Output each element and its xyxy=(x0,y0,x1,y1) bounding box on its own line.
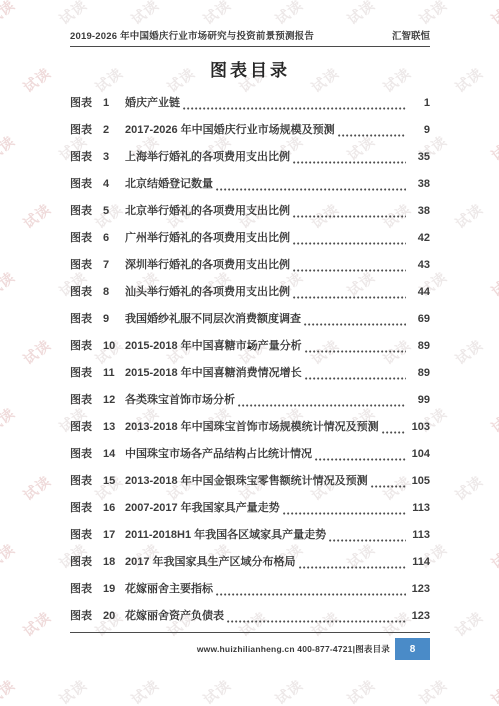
toc-entry: 图表 6 广州举行婚礼的各项费用支出比例 42 xyxy=(70,225,430,252)
toc-entry-number: 1 xyxy=(101,90,125,117)
toc-list: 图表 1 婚庆产业链 1 图表 2 2017-2026 年中国婚庆行业市场规模及… xyxy=(70,90,430,630)
toc-entry-label: 图表 xyxy=(70,495,101,522)
dot-leader xyxy=(293,160,406,165)
dot-leader xyxy=(293,214,406,219)
preview-watermark: 试读 xyxy=(487,131,499,165)
preview-watermark: 试读 xyxy=(19,199,55,233)
toc-entry-title: 2017-2026 年中国婚庆行业市场规模及预测 xyxy=(125,117,335,144)
toc-entry-title: 北京举行婚礼的各项费用支出比例 xyxy=(125,198,290,225)
page-title: 图表目录 xyxy=(70,60,430,82)
toc-entry-label: 图表 xyxy=(70,576,101,603)
toc-entry-number: 4 xyxy=(101,171,125,198)
toc-entry-title: 上海举行婚礼的各项费用支出比例 xyxy=(125,144,290,171)
preview-watermark: 试读 xyxy=(451,335,487,369)
toc-entry-label: 图表 xyxy=(70,171,101,198)
toc-entry: 图表 9 我国婚纱礼服不同层次消费额度调查 69 xyxy=(70,306,430,333)
preview-watermark: 试读 xyxy=(487,267,499,301)
toc-entry-title: 2017 年我国家具生产区域分布格局 xyxy=(125,549,296,576)
toc-entry-label: 图表 xyxy=(70,279,101,306)
toc-entry-label: 图表 xyxy=(70,252,101,279)
toc-entry-page: 9 xyxy=(408,117,430,144)
toc-entry-title: 婚庆产业链 xyxy=(125,90,180,117)
toc-entry-title: 深圳举行婚礼的各项费用支出比例 xyxy=(125,252,290,279)
toc-entry-label: 图表 xyxy=(70,225,101,252)
dot-leader xyxy=(183,106,406,111)
dot-leader xyxy=(299,565,406,570)
dot-leader xyxy=(305,349,406,354)
footer-page-number-badge: 8 xyxy=(395,638,430,660)
preview-watermark: 试读 xyxy=(451,607,487,641)
toc-entry-page: 105 xyxy=(408,468,430,495)
preview-watermark: 试读 xyxy=(0,675,19,706)
toc-entry-page: 104 xyxy=(408,441,430,468)
toc-entry: 图表 4 北京结婚登记数量 38 xyxy=(70,171,430,198)
toc-entry-label: 图表 xyxy=(70,549,101,576)
dot-leader xyxy=(216,592,406,597)
dot-leader xyxy=(304,322,406,327)
toc-entry-label: 图表 xyxy=(70,117,101,144)
toc-entry-number: 12 xyxy=(101,387,125,414)
toc-entry: 图表 5 北京举行婚礼的各项费用支出比例 38 xyxy=(70,198,430,225)
preview-watermark: 试读 xyxy=(19,471,55,505)
toc-entry-number: 5 xyxy=(101,198,125,225)
toc-entry-label: 图表 xyxy=(70,198,101,225)
toc-entry: 图表 20 花嫁丽舍资产负债表 123 xyxy=(70,603,430,630)
preview-watermark: 试读 xyxy=(343,675,379,706)
dot-leader xyxy=(216,187,406,192)
toc-entry-label: 图表 xyxy=(70,90,101,117)
toc-entry-label: 图表 xyxy=(70,360,101,387)
toc-entry-page: 43 xyxy=(408,252,430,279)
preview-watermark: 试读 xyxy=(451,199,487,233)
preview-watermark: 试读 xyxy=(0,0,19,29)
toc-entry-page: 123 xyxy=(408,576,430,603)
toc-entry-title: 广州举行婚礼的各项费用支出比例 xyxy=(125,225,290,252)
toc-entry-page: 123 xyxy=(408,603,430,630)
toc-entry-label: 图表 xyxy=(70,468,101,495)
toc-entry-title: 北京结婚登记数量 xyxy=(125,171,213,198)
toc-entry: 图表 2 2017-2026 年中国婚庆行业市场规模及预测 9 xyxy=(70,117,430,144)
toc-entry-number: 16 xyxy=(101,495,125,522)
toc-entry-label: 图表 xyxy=(70,144,101,171)
preview-watermark: 试读 xyxy=(19,63,55,97)
toc-entry-title: 汕头举行婚礼的各项费用支出比例 xyxy=(125,279,290,306)
toc-entry: 图表 13 2013-2018 年中国珠宝首饰市场规模统计情况及预测 103 xyxy=(70,414,430,441)
document-page: 试读试读试读试读试读试读试读试读试读试读试读试读试读试读试读试读试读试读试读试读… xyxy=(0,0,499,706)
preview-watermark: 试读 xyxy=(0,131,19,165)
preview-watermark: 试读 xyxy=(415,675,451,706)
toc-entry-page: 114 xyxy=(408,549,430,576)
toc-entry-title: 2011-2018H1 年我国各区域家具产量走势 xyxy=(125,522,326,549)
preview-watermark: 试读 xyxy=(271,675,307,706)
preview-watermark: 试读 xyxy=(451,63,487,97)
toc-entry-title: 2015-2018 年中国喜糖消费情况增长 xyxy=(125,360,302,387)
toc-entry-page: 89 xyxy=(408,360,430,387)
page-header: 2019-2026 年中国婚庆行业市场研究与投资前景预测报告 汇智联恒 xyxy=(70,0,430,47)
toc-entry-label: 图表 xyxy=(70,387,101,414)
preview-watermark: 试读 xyxy=(199,675,235,706)
toc-entry-title: 我国婚纱礼服不同层次消费额度调查 xyxy=(125,306,301,333)
preview-watermark: 试读 xyxy=(487,539,499,573)
toc-entry-number: 6 xyxy=(101,225,125,252)
preview-watermark: 试读 xyxy=(487,0,499,29)
toc-entry-number: 13 xyxy=(101,414,125,441)
toc-entry-title: 各类珠宝首饰市场分析 xyxy=(125,387,235,414)
toc-entry: 图表 8 汕头举行婚礼的各项费用支出比例 44 xyxy=(70,279,430,306)
toc-entry-number: 7 xyxy=(101,252,125,279)
toc-entry-number: 8 xyxy=(101,279,125,306)
dot-leader xyxy=(329,538,406,543)
toc-entry-number: 17 xyxy=(101,522,125,549)
toc-entry-label: 图表 xyxy=(70,522,101,549)
header-brand: 汇智联恒 xyxy=(392,28,430,42)
toc-entry: 图表 18 2017 年我国家具生产区域分布格局 114 xyxy=(70,549,430,576)
toc-entry-label: 图表 xyxy=(70,441,101,468)
preview-watermark: 试读 xyxy=(127,675,163,706)
preview-watermark: 试读 xyxy=(451,471,487,505)
toc-entry-page: 44 xyxy=(408,279,430,306)
toc-entry-page: 99 xyxy=(408,387,430,414)
header-report-title: 2019-2026 年中国婚庆行业市场研究与投资前景预测报告 xyxy=(70,28,314,42)
toc-entry-title: 2007-2017 年我国家具产量走势 xyxy=(125,495,280,522)
toc-entry-number: 18 xyxy=(101,549,125,576)
toc-entry-title: 2015-2018 年中国喜糖市场产量分析 xyxy=(125,333,302,360)
toc-entry-number: 15 xyxy=(101,468,125,495)
footer-contact-text: www.huizhilianheng.cn 400-877-4721|图表目录 xyxy=(197,643,390,655)
toc-entry-page: 38 xyxy=(408,171,430,198)
dot-leader xyxy=(293,241,406,246)
toc-entry: 图表 12 各类珠宝首饰市场分析 99 xyxy=(70,387,430,414)
dot-leader xyxy=(227,619,406,624)
toc-entry-page: 113 xyxy=(408,495,430,522)
toc-entry-page: 69 xyxy=(408,306,430,333)
toc-entry-title: 2013-2018 年中国金银珠宝零售额统计情况及预测 xyxy=(125,468,368,495)
preview-watermark: 试读 xyxy=(487,403,499,437)
toc-entry-title: 2013-2018 年中国珠宝首饰市场规模统计情况及预测 xyxy=(125,414,379,441)
toc-entry: 图表 3 上海举行婚礼的各项费用支出比例 35 xyxy=(70,144,430,171)
toc-entry-page: 1 xyxy=(408,90,430,117)
preview-watermark: 试读 xyxy=(0,403,19,437)
dot-leader xyxy=(293,295,406,300)
toc-entry-label: 图表 xyxy=(70,333,101,360)
dot-leader xyxy=(338,133,406,138)
toc-entry: 图表 19 花嫁丽舍主要指标 123 xyxy=(70,576,430,603)
toc-entry: 图表 11 2015-2018 年中国喜糖消费情况增长 89 xyxy=(70,360,430,387)
toc-entry-title: 中国珠宝市场各产品结构占比统计情况 xyxy=(125,441,312,468)
toc-entry: 图表 7 深圳举行婚礼的各项费用支出比例 43 xyxy=(70,252,430,279)
toc-entry-number: 19 xyxy=(101,576,125,603)
dot-leader xyxy=(371,484,406,489)
preview-watermark: 试读 xyxy=(19,335,55,369)
stray-dot-artifact xyxy=(248,346,251,349)
preview-watermark: 试读 xyxy=(0,539,19,573)
toc-entry-label: 图表 xyxy=(70,306,101,333)
toc-entry-number: 10 xyxy=(101,333,125,360)
toc-entry-title: 花嫁丽舍主要指标 xyxy=(125,576,213,603)
page-footer: www.huizhilianheng.cn 400-877-4721|图表目录 … xyxy=(70,632,430,660)
preview-watermark: 试读 xyxy=(0,267,19,301)
dot-leader xyxy=(238,403,406,408)
toc-entry-number: 14 xyxy=(101,441,125,468)
dot-leader xyxy=(382,430,406,435)
toc-entry-label: 图表 xyxy=(70,414,101,441)
toc-entry-number: 20 xyxy=(101,603,125,630)
preview-watermark: 试读 xyxy=(487,675,499,706)
toc-entry-number: 2 xyxy=(101,117,125,144)
preview-watermark: 试读 xyxy=(55,675,91,706)
toc-entry-label: 图表 xyxy=(70,603,101,630)
toc-entry-number: 9 xyxy=(101,306,125,333)
toc-entry-page: 103 xyxy=(408,414,430,441)
toc-entry-page: 42 xyxy=(408,225,430,252)
toc-entry: 图表 17 2011-2018H1 年我国各区域家具产量走势 113 xyxy=(70,522,430,549)
toc-entry-page: 89 xyxy=(408,333,430,360)
page-content: 2019-2026 年中国婚庆行业市场研究与投资前景预测报告 汇智联恒 图表目录… xyxy=(70,0,430,660)
dot-leader xyxy=(305,376,406,381)
toc-entry: 图表 14 中国珠宝市场各产品结构占比统计情况 104 xyxy=(70,441,430,468)
toc-entry: 图表 15 2013-2018 年中国金银珠宝零售额统计情况及预测 105 xyxy=(70,468,430,495)
toc-entry: 图表 16 2007-2017 年我国家具产量走势 113 xyxy=(70,495,430,522)
dot-leader xyxy=(315,457,406,462)
toc-entry: 图表 1 婚庆产业链 1 xyxy=(70,90,430,117)
toc-entry-number: 11 xyxy=(101,360,125,387)
toc-entry-page: 113 xyxy=(408,522,430,549)
dot-leader xyxy=(283,511,406,516)
toc-entry-title: 花嫁丽舍资产负债表 xyxy=(125,603,224,630)
toc-entry-page: 35 xyxy=(408,144,430,171)
dot-leader xyxy=(293,268,406,273)
toc-entry-number: 3 xyxy=(101,144,125,171)
toc-entry-page: 38 xyxy=(408,198,430,225)
preview-watermark: 试读 xyxy=(19,607,55,641)
